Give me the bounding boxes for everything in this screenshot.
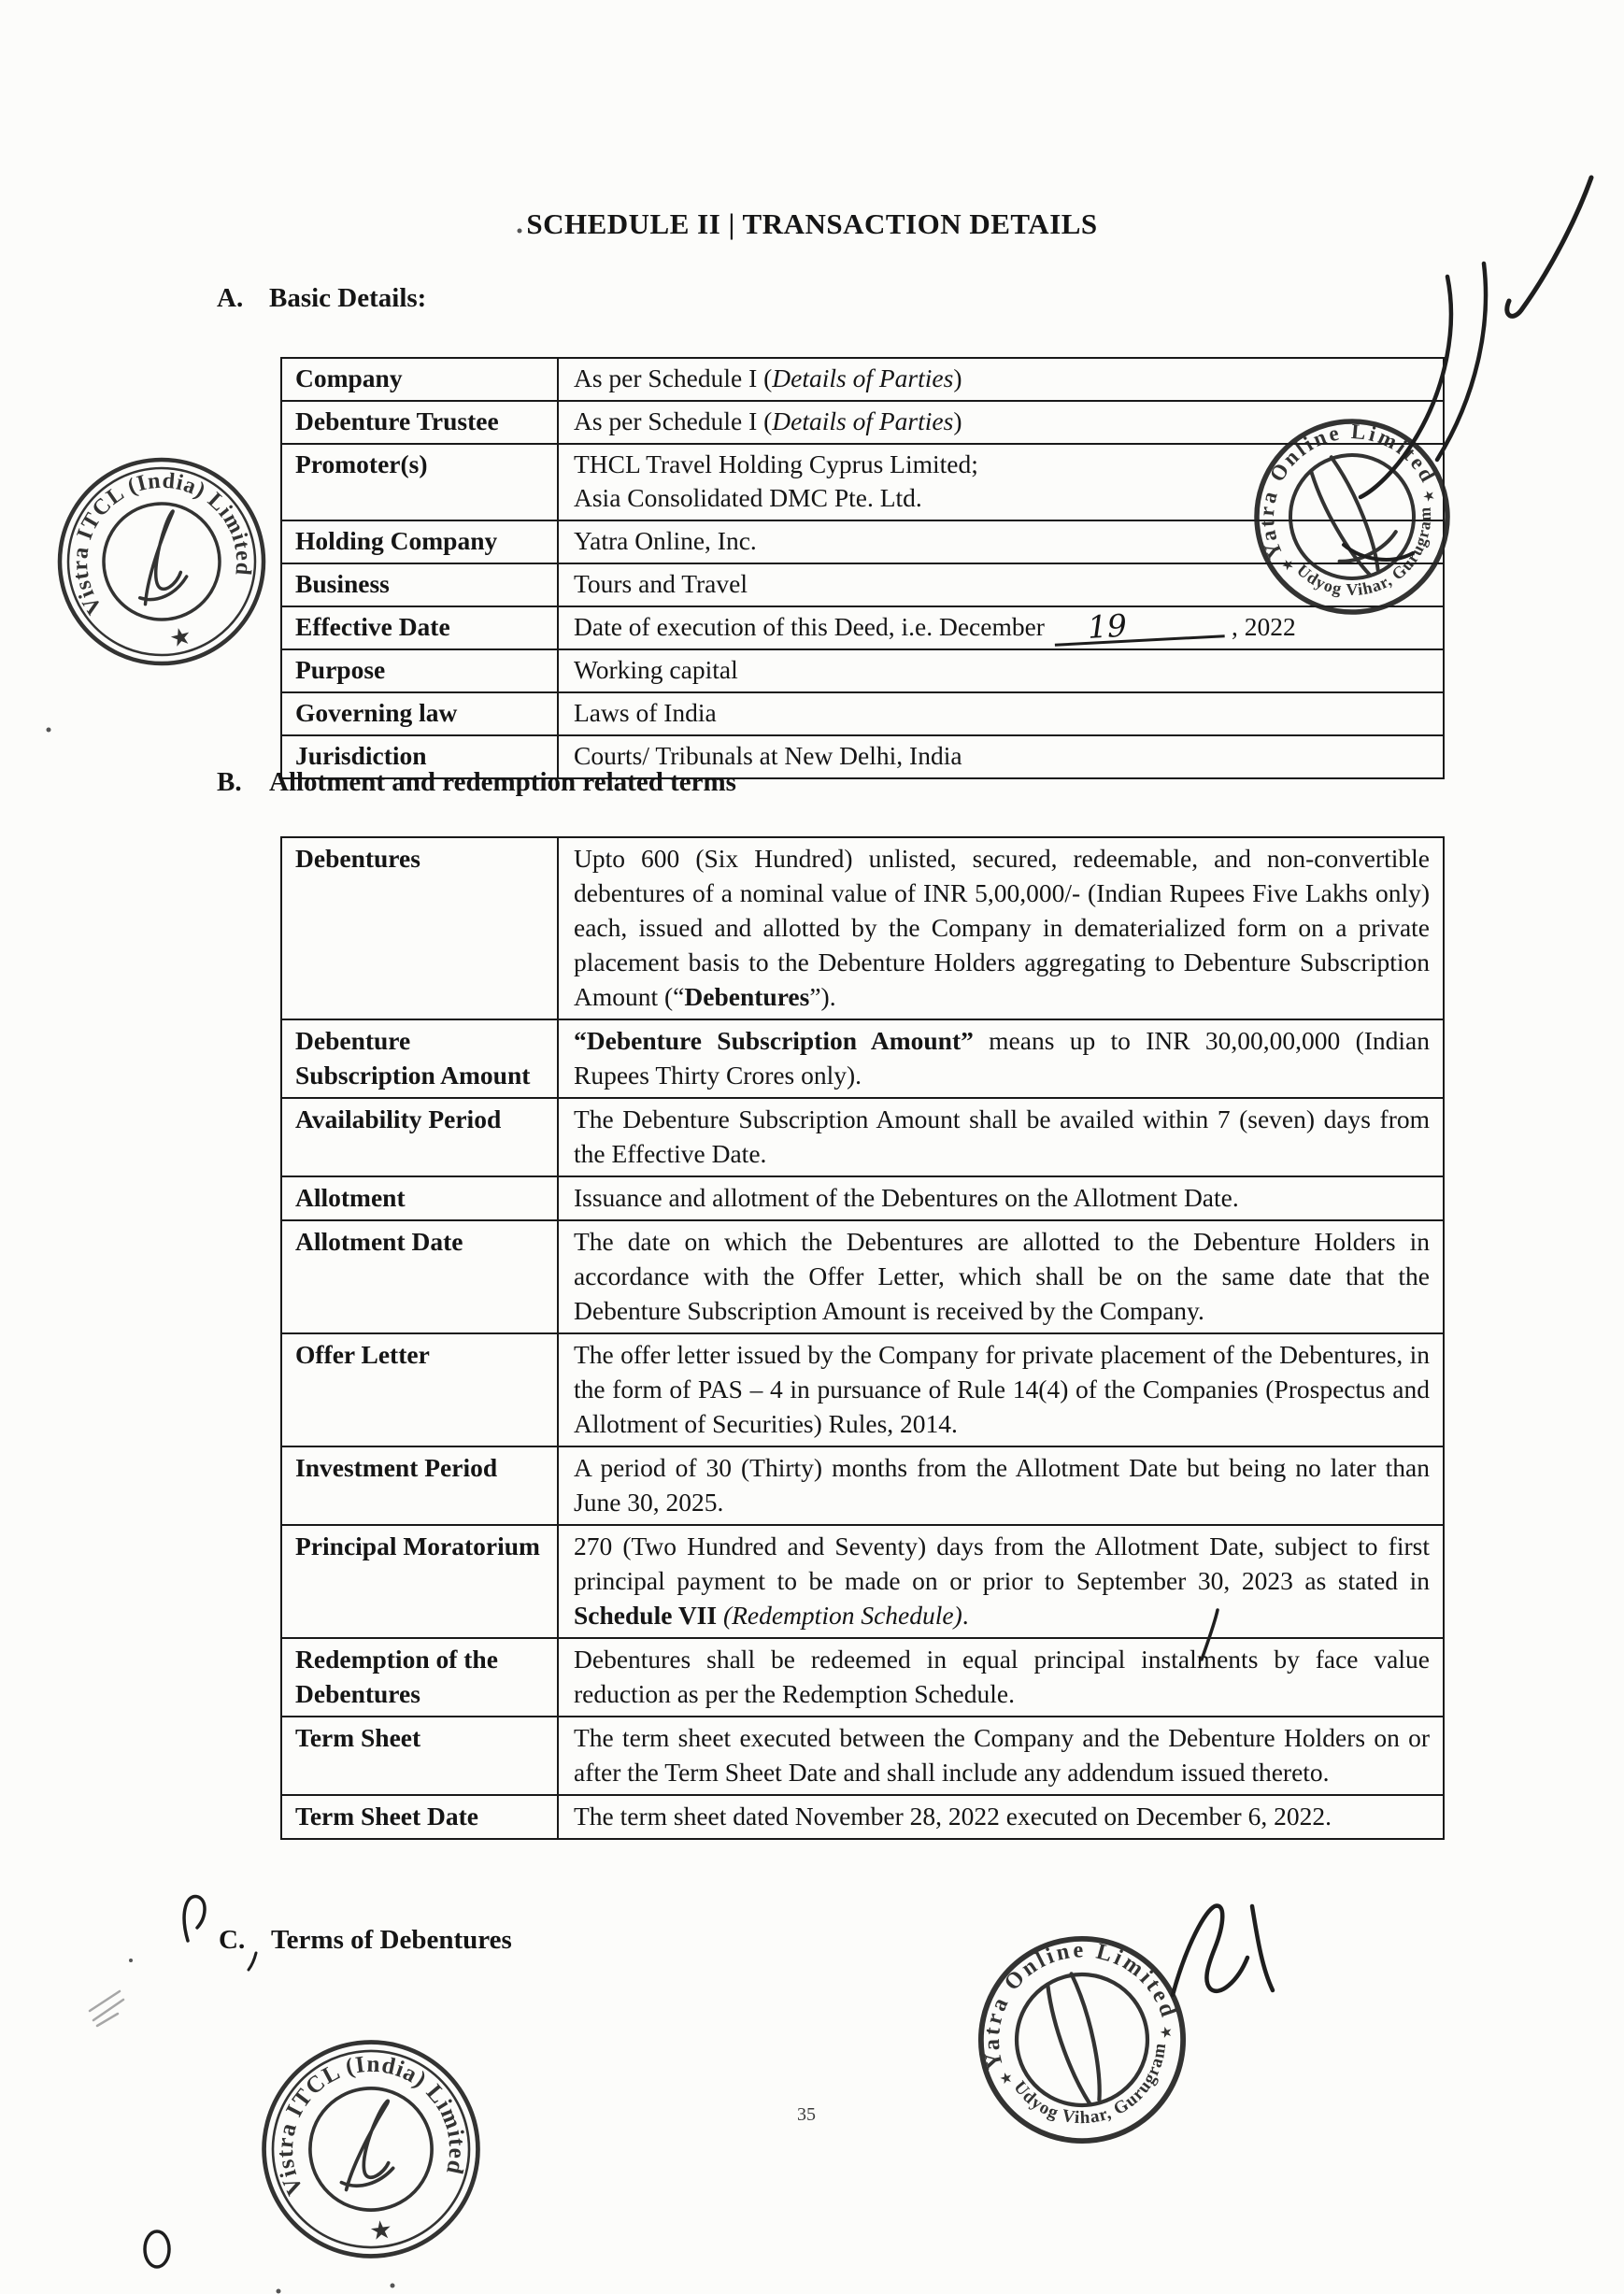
- row-label: Availability Period: [281, 1098, 558, 1176]
- row-value: The term sheet executed between the Comp…: [558, 1717, 1444, 1795]
- row-label: Debenture Trustee: [281, 401, 558, 444]
- table-row: Term Sheet The term sheet executed betwe…: [281, 1717, 1444, 1795]
- star-icon: ★: [1158, 2023, 1175, 2042]
- row-label: Debenture Subscription Amount: [281, 1019, 558, 1098]
- scan-speck: [277, 2289, 281, 2294]
- table-row: Availability Period The Debenture Subscr…: [281, 1098, 1444, 1176]
- signature-ink: [121, 511, 193, 606]
- row-label: Governing law: [281, 692, 558, 735]
- table-row: Effective Date Date of execution of this…: [281, 606, 1444, 649]
- row-label: Redemption of the Debentures: [281, 1638, 558, 1717]
- allotment-redemption-table: Debentures Upto 600 (Six Hundred) unlist…: [280, 836, 1445, 1840]
- row-label: Effective Date: [281, 606, 558, 649]
- pen-stroke: [1507, 178, 1591, 316]
- scan-speck: [391, 2284, 395, 2288]
- section-heading-basic-details: A.Basic Details:: [217, 283, 426, 314]
- row-label: Term Sheet Date: [281, 1795, 558, 1839]
- row-value: “Debenture Subscription Amount” means up…: [558, 1019, 1444, 1098]
- row-label: Term Sheet: [281, 1717, 558, 1795]
- table-row: Redemption of the Debentures Debentures …: [281, 1638, 1444, 1717]
- row-label: Debentures: [281, 837, 558, 1019]
- row-value: The Debenture Subscription Amount shall …: [558, 1098, 1444, 1176]
- table-row: Principal Moratorium 270 (Two Hundred an…: [281, 1525, 1444, 1638]
- row-label: Principal Moratorium: [281, 1525, 558, 1638]
- row-label: Purpose: [281, 649, 558, 692]
- scanned-document-page: SCHEDULE II | TRANSACTION DETAILS A.Basi…: [0, 0, 1624, 2294]
- row-value: The date on which the Debentures are all…: [558, 1220, 1444, 1333]
- signature-ink: [1252, 1906, 1273, 1990]
- star-icon: ★: [166, 621, 194, 653]
- table-row: Company As per Schedule I (Details of Pa…: [281, 358, 1444, 401]
- section-title: Allotment and redemption related terms: [269, 767, 736, 797]
- star-icon: ★: [998, 2070, 1015, 2088]
- row-value: Upto 600 (Six Hundred) unlisted, secured…: [558, 837, 1444, 1019]
- scan-speck: [47, 728, 51, 733]
- section-label: B.: [217, 767, 269, 798]
- row-label: Company: [281, 358, 558, 401]
- row-value: Laws of India: [558, 692, 1444, 735]
- section-title: Basic Details:: [269, 283, 426, 313]
- row-value: A period of 30 (Thirty) months from the …: [558, 1446, 1444, 1525]
- table-row: Allotment Issuance and allotment of the …: [281, 1176, 1444, 1220]
- row-label: Offer Letter: [281, 1333, 558, 1446]
- table-row: Investment Period A period of 30 (Thirty…: [281, 1446, 1444, 1525]
- table-row: Allotment Date The date on which the Deb…: [281, 1220, 1444, 1333]
- svg-text:Vistra ITCL (India) Limited: Vistra ITCL (India) Limited: [49, 449, 262, 620]
- row-value: 270 (Two Hundred and Seventy) days from …: [558, 1525, 1444, 1638]
- table-row: Offer Letter The offer letter issued by …: [281, 1333, 1444, 1446]
- row-value: Issuance and allotment of the Debentures…: [558, 1176, 1444, 1220]
- vistra-stamp-seal: Vistra ITCL (India) Limited ★: [26, 426, 298, 698]
- row-label: Allotment: [281, 1176, 558, 1220]
- row-label: Business: [281, 563, 558, 606]
- yatra-stamp-seal: Yatra Online Limited Udyog Vihar, Gurugr…: [941, 1899, 1223, 2181]
- table-row: Debenture Subscription Amount “Debenture…: [281, 1019, 1444, 1098]
- section-label: C.: [219, 1925, 271, 1956]
- section-heading-terms-of-debentures: C.Terms of Debentures: [219, 1925, 512, 1956]
- section-heading-allotment-terms: B.Allotment and redemption related terms: [217, 767, 736, 798]
- scan-speck: [129, 1959, 133, 1962]
- table-row: Term Sheet Date The term sheet dated Nov…: [281, 1795, 1444, 1839]
- section-title: Terms of Debentures: [271, 1925, 512, 1955]
- row-label: Investment Period: [281, 1446, 558, 1525]
- row-label: Holding Company: [281, 520, 558, 563]
- row-label: Promoter(s): [281, 444, 558, 520]
- pen-oval: [145, 2231, 169, 2267]
- section-label: A.: [217, 283, 269, 314]
- star-icon: ★: [368, 2216, 394, 2246]
- vistra-stamp-ring-text: Vistra ITCL (India) Limited: [49, 449, 262, 620]
- vistra-stamp-seal: Vistra ITCL (India) Limited ★: [240, 2018, 503, 2281]
- table-row: Governing law Laws of India: [281, 692, 1444, 735]
- row-value: Debentures shall be redeemed in equal pr…: [558, 1638, 1444, 1717]
- star-icon: ★: [1279, 556, 1297, 575]
- row-value: The term sheet dated November 28, 2022 e…: [558, 1795, 1444, 1839]
- page-title: SCHEDULE II | TRANSACTION DETAILS: [0, 207, 1624, 241]
- table-row: Purpose Working capital: [281, 649, 1444, 692]
- table-row: Debentures Upto 600 (Six Hundred) unlist…: [281, 837, 1444, 1019]
- row-value: The offer letter issued by the Company f…: [558, 1333, 1444, 1446]
- star-icon: ★: [1420, 487, 1438, 506]
- row-value: As per Schedule I (Details of Parties): [558, 358, 1444, 401]
- page-number: 35: [797, 2104, 816, 2126]
- pen-curl: [184, 1896, 205, 1941]
- pencil-scribble: [90, 1991, 123, 2026]
- signature-ink: [333, 2101, 399, 2190]
- signature-ink: [1044, 1973, 1111, 2107]
- row-label: Allotment Date: [281, 1220, 558, 1333]
